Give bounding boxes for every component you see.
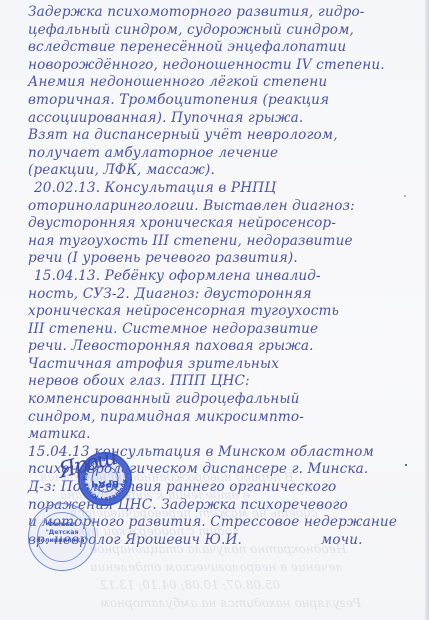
text-line: 15.04.13. Ребёнку оформлена инвалид- (28, 268, 420, 286)
stamp-line: Филиал (29, 521, 95, 529)
paper-edge (425, 0, 429, 620)
text-line: матика. (28, 426, 420, 444)
text-line: нервов обоих глаз. ППП ЦНС: (28, 373, 420, 391)
text-line: III степени. Системное недоразвитие (28, 321, 420, 339)
bleed-line: лечение в неврологическом отделении (90, 560, 343, 574)
text-line: речи (I уровень речевого развития). (28, 250, 420, 268)
text-line: (реакции, ЛФК, массаж). (28, 162, 420, 180)
text-line: 20.02.13. Консультация в РНПЦ (28, 180, 420, 198)
document-sheet: В период новорождённости находился в отд… (0, 0, 429, 620)
text-line: речи. Левосторонняя паховая грыжа. (28, 338, 420, 356)
text-line: ная тугоухость III степени, недоразвитие (28, 233, 420, 251)
text-line: Частичная атрофия зрительных (28, 356, 420, 374)
text-line: ность, СУЗ-2. Диагноз: двусторонняя (28, 286, 420, 304)
stamp-line: поликлиника" (29, 537, 95, 545)
stamp-center-text: Филиал "Детская поликлиника" (29, 521, 95, 545)
text-line: Задержка психомоторного развития, гидро- (28, 4, 420, 22)
text-line: компенсированный гидроцефальный (28, 391, 420, 409)
stamp-line: "Детская (29, 529, 95, 537)
ink-speck (405, 464, 407, 466)
bleed-line: 05.08.07; 10.08; 04.10; 13.12 (100, 578, 280, 592)
clinic-stamp: Филиал "Детская поликлиника" (28, 503, 96, 571)
stamp-center-text: ВРАЧ (90, 478, 120, 488)
text-line: цефальный синдром, судорожный синдром, (28, 22, 420, 40)
text-line: вторичная. Тромбоцитопения (реакция (28, 92, 420, 110)
text-line: ассоциированная). Пупочная грыжа. (28, 110, 420, 128)
text-line: хроническая нейросенсорная тугоухость (28, 303, 420, 321)
ink-speck (404, 195, 406, 197)
text-line: оториноларингологии. Выставлен диагноз: (28, 198, 420, 216)
bleed-line: Регулярно находится на амбулаторном (100, 596, 361, 610)
text-line: Взят на диспансерный учёт неврологом, (28, 127, 420, 145)
text-line: синдром, пирамидная микросимпто- (28, 409, 420, 427)
text-line: вследствие перенесённой энцефалопатии (28, 39, 420, 57)
text-line: новорождённого, недоношенности IV степен… (28, 57, 420, 75)
line-continuation: мочи. (321, 532, 363, 548)
text-line: получает амбулаторное лечение (28, 145, 420, 163)
text-line: Анемия недоношенного лёгкой степени (28, 74, 420, 92)
text-line: двусторонняя хроническая нейросенсор- (28, 215, 420, 233)
